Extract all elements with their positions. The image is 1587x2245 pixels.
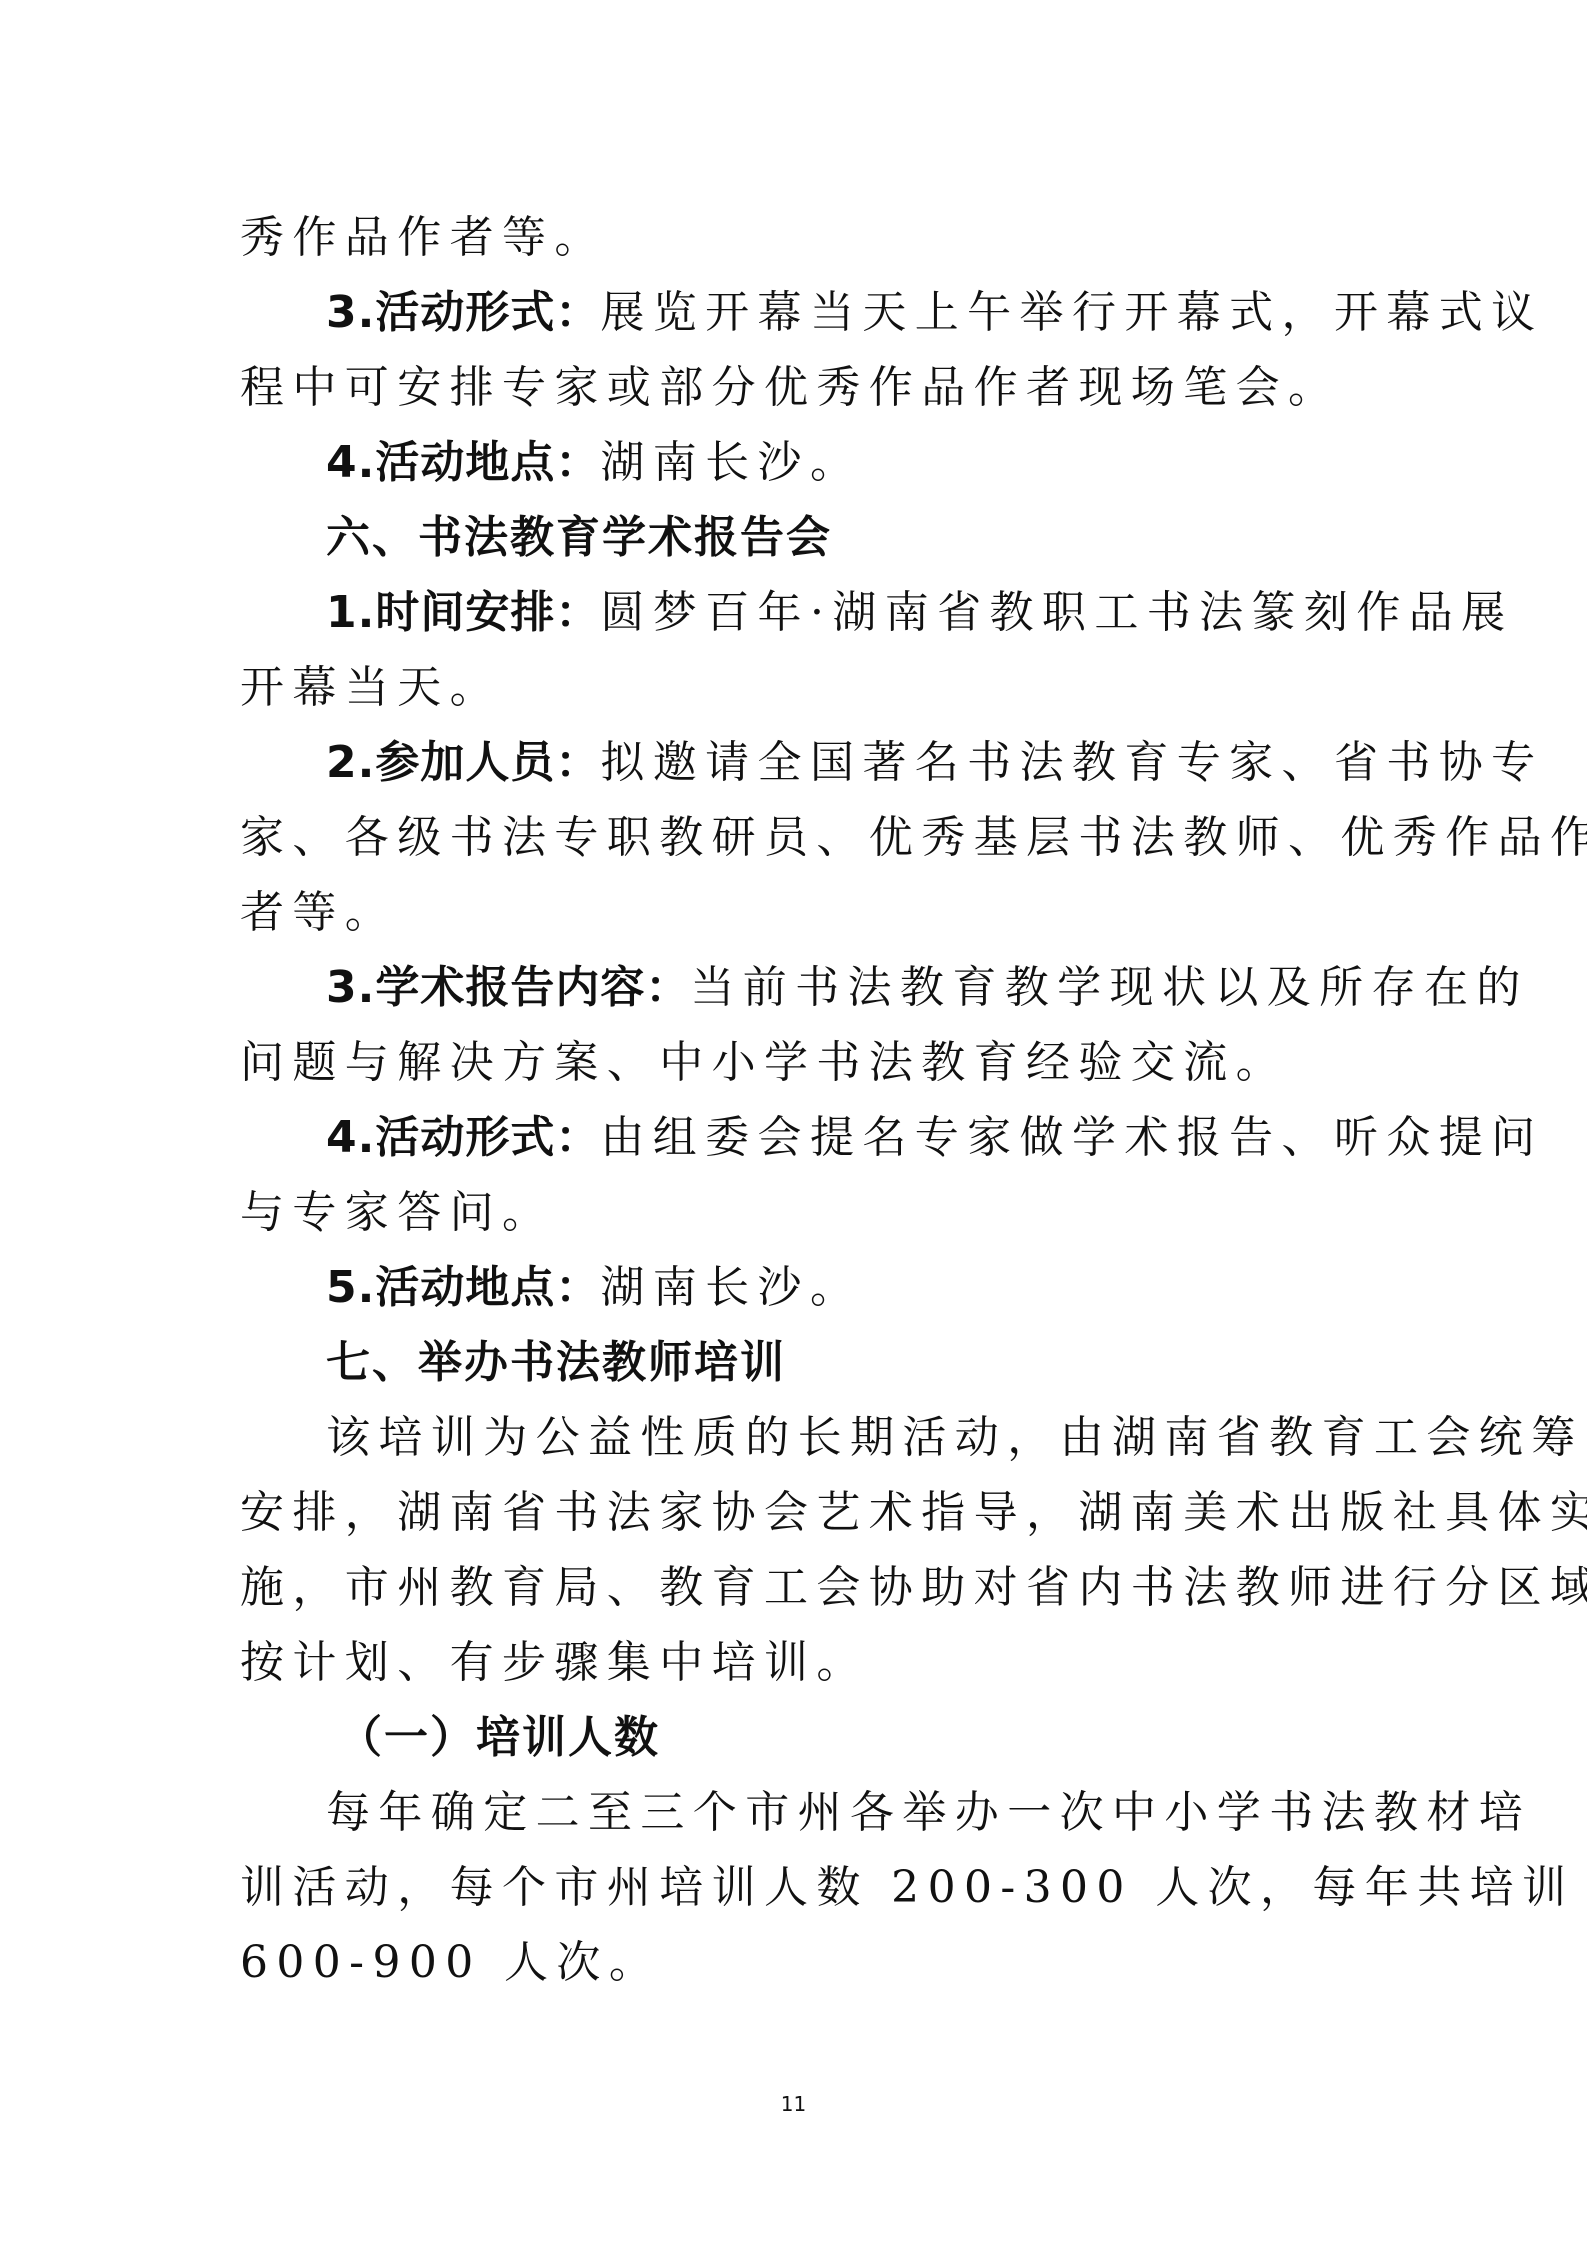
item-label: 1.时间安排：	[326, 587, 600, 638]
heading-text: 六、书法教育学术报告会	[326, 512, 832, 563]
paragraph-line: 问题与解决方案、中小学书法教育经验交流。	[240, 1025, 1352, 1100]
line-text: 秀作品作者等。	[240, 212, 607, 263]
item-activity-form: 3.活动形式：展览开幕当天上午举行开幕式，开幕式议	[326, 275, 1352, 350]
paragraph-line: 600-900 人次。	[240, 1925, 1352, 2000]
item-text: 展览开幕当天上午举行开幕式，开幕式议	[600, 287, 1543, 338]
line-text: 安排，湖南省书法家协会艺术指导，湖南美术出版社具体实	[240, 1487, 1587, 1538]
item-participants: 2.参加人员：拟邀请全国著名书法教育专家、省书协专	[326, 725, 1352, 800]
heading-text: 七、举办书法教师培训	[326, 1337, 786, 1388]
item-activity-form-2: 4.活动形式：由组委会提名专家做学术报告、听众提问	[326, 1100, 1352, 1175]
item-text: 圆梦百年·湖南省教职工书法篆刻作品展	[600, 587, 1513, 638]
line-text: 程中可安排专家或部分优秀作品作者现场笔会。	[240, 362, 1340, 413]
paragraph-line: 按计划、有步骤集中培训。	[240, 1625, 1352, 1700]
line-text: 施，市州教育局、教育工会协助对省内书法教师进行分区域、	[240, 1562, 1587, 1613]
paragraph-line: 每年确定二至三个市州各举办一次中小学书法教材培	[326, 1775, 1352, 1850]
section-heading-6: 六、书法教育学术报告会	[326, 500, 1352, 575]
line-text: 者等。	[240, 887, 397, 938]
paragraph-line: 施，市州教育局、教育工会协助对省内书法教师进行分区域、	[240, 1550, 1352, 1625]
item-label: 5.活动地点：	[326, 1262, 600, 1313]
item-label: 3.学术报告内容：	[326, 962, 690, 1013]
line-text: 按计划、有步骤集中培训。	[240, 1637, 869, 1688]
paragraph-line: 开幕当天。	[240, 650, 1352, 725]
paragraph-line: 训活动，每个市州培训人数 200-300 人次，每年共培训	[240, 1850, 1352, 1925]
item-text: 湖南长沙。	[600, 437, 862, 488]
paragraph-line: 与专家答问。	[240, 1175, 1352, 1250]
item-text: 由组委会提名专家做学术报告、听众提问	[600, 1112, 1543, 1163]
heading-text: （一）培训人数	[338, 1712, 660, 1763]
item-text: 当前书法教育教学现状以及所存在的	[690, 962, 1528, 1013]
item-label: 2.参加人员：	[326, 737, 600, 788]
page-number: 11	[0, 2092, 1587, 2116]
item-text: 拟邀请全国著名书法教育专家、省书协专	[600, 737, 1543, 788]
item-label: 4.活动地点：	[326, 437, 600, 488]
paragraph-line: 家、各级书法专职教研员、优秀基层书法教师、优秀作品作	[240, 800, 1352, 875]
line-text: 家、各级书法专职教研员、优秀基层书法教师、优秀作品作	[240, 812, 1587, 863]
line-text: 600-900 人次。	[240, 1937, 661, 1988]
line-text: 开幕当天。	[240, 662, 502, 713]
item-label: 4.活动形式：	[326, 1112, 600, 1163]
line-text: 训活动，每个市州培训人数 200-300 人次，每年共培训	[240, 1862, 1574, 1913]
paragraph-line: 安排，湖南省书法家协会艺术指导，湖南美术出版社具体实	[240, 1475, 1352, 1550]
item-text: 湖南长沙。	[600, 1262, 862, 1313]
paragraph-line: 该培训为公益性质的长期活动，由湖南省教育工会统筹	[326, 1400, 1352, 1475]
paragraph-line: 者等。	[240, 875, 1352, 950]
document-page: 秀作品作者等。 3.活动形式：展览开幕当天上午举行开幕式，开幕式议 程中可安排专…	[0, 0, 1587, 2245]
item-activity-location: 4.活动地点：湖南长沙。	[326, 425, 1352, 500]
paragraph-line: 程中可安排专家或部分优秀作品作者现场笔会。	[240, 350, 1352, 425]
line-text: 与专家答问。	[240, 1187, 554, 1238]
line-text: 问题与解决方案、中小学书法教育经验交流。	[240, 1037, 1288, 1088]
item-schedule: 1.时间安排：圆梦百年·湖南省教职工书法篆刻作品展	[326, 575, 1352, 650]
paragraph-line: 秀作品作者等。	[240, 200, 1352, 275]
line-text: 该培训为公益性质的长期活动，由湖南省教育工会统筹	[326, 1412, 1584, 1463]
item-activity-location-2: 5.活动地点：湖南长沙。	[326, 1250, 1352, 1325]
item-report-content: 3.学术报告内容：当前书法教育教学现状以及所存在的	[326, 950, 1352, 1025]
subsection-heading-1: （一）培训人数	[338, 1700, 1450, 1775]
section-heading-7: 七、举办书法教师培训	[326, 1325, 1352, 1400]
line-text: 每年确定二至三个市州各举办一次中小学书法教材培	[326, 1787, 1531, 1838]
item-label: 3.活动形式：	[326, 287, 600, 338]
